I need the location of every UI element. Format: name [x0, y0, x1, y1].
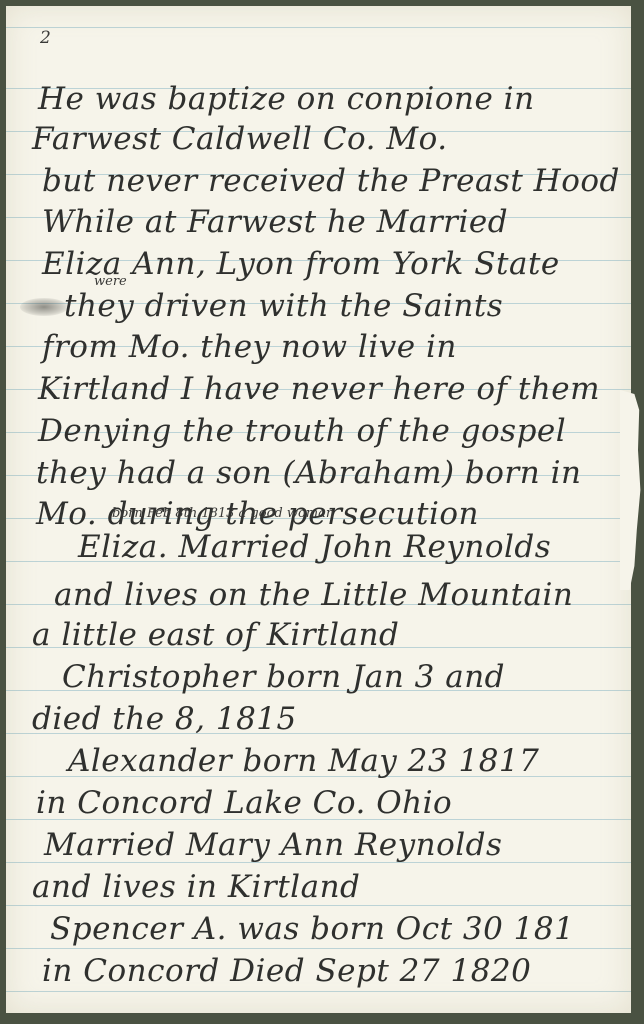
manuscript-page: 2 He was baptize on conpione in Farwest …	[6, 6, 631, 1013]
text-line: Spencer A. was born Oct 30 181	[50, 914, 574, 945]
text-line: Christopher born Jan 3 and	[62, 662, 505, 693]
text-line: Married Mary Ann Reynolds	[44, 830, 502, 861]
text-line: a little east of Kirtland	[32, 620, 399, 651]
text-line: from Mo. they now live in	[42, 332, 457, 363]
insertion-were: were	[94, 274, 127, 289]
text-line: Kirtland I have never here of them	[38, 374, 600, 405]
text-line: Eliza. Married John Reynolds	[78, 532, 551, 563]
text-line: in Concord Lake Co. Ohio	[36, 788, 452, 819]
text-line: they had a son (Abraham) born in	[36, 458, 581, 489]
text-line: Alexander born May 23 1817	[68, 746, 539, 777]
text-line: While at Farwest he Married	[42, 207, 508, 238]
text-line: He was baptize on conpione in	[38, 84, 535, 115]
text-line: and lives in Kirtland	[32, 872, 360, 903]
text-line: they driven with the Saints	[64, 291, 503, 322]
insertion-birth-note: born Feb 8th 1813 a good woman	[112, 506, 334, 521]
text-line: Farwest Caldwell Co. Mo.	[32, 124, 448, 155]
text-line: and lives on the Little Mountain	[54, 580, 573, 611]
ink-smudge	[20, 298, 68, 316]
page-number: 2	[40, 28, 51, 48]
text-line: but never received the Preast Hood	[42, 166, 620, 197]
text-line: Denying the trouth of the gospel	[38, 416, 566, 447]
text-line: died the 8, 1815	[32, 704, 297, 735]
text-line: in Concord Died Sept 27 1820	[42, 956, 531, 987]
